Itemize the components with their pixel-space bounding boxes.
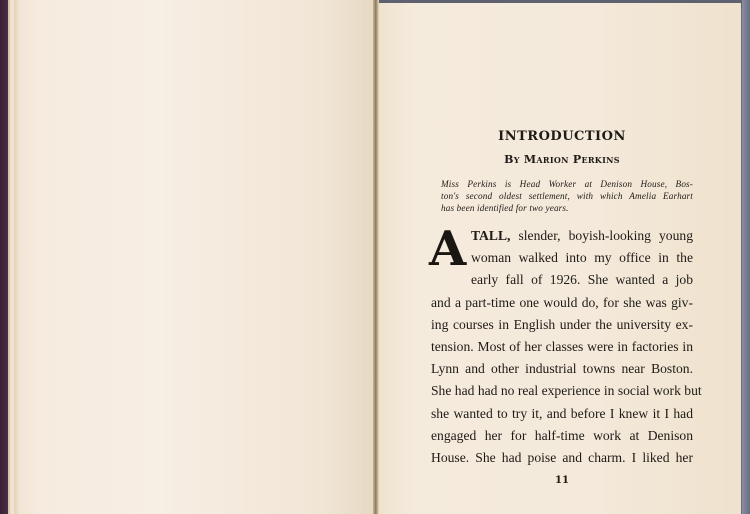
body-line: Lynn and other industrial towns near Bos… (431, 358, 693, 380)
author-byline: By Marion Perkins (431, 153, 693, 166)
lead-in: TALL, (471, 228, 510, 243)
body-line: and a part-time one would do, for she wa… (431, 292, 693, 314)
body-text: A TALL, slender, boyish-looking young wo… (431, 225, 693, 469)
note-line: Miss Perkins is Head Worker at Denison H… (431, 178, 693, 190)
editorial-note: Miss Perkins is Head Worker at Denison H… (431, 178, 693, 214)
background-surface-right (742, 0, 750, 514)
body-line: ing courses in English under the univers… (431, 314, 693, 336)
chapter-heading: INTRODUCTION (431, 129, 693, 144)
drop-cap: A (429, 225, 466, 273)
right-page: INTRODUCTION By Marion Perkins Miss Perk… (379, 3, 741, 514)
page-content: INTRODUCTION By Marion Perkins Miss Perk… (431, 123, 693, 486)
note-line: ton's second oldest settlement, with whi… (431, 190, 693, 202)
body-line: She had had no real experience in social… (431, 380, 693, 402)
page-number: 11 (431, 475, 693, 486)
body-line: engaged her for half-time work at Deniso… (431, 425, 693, 447)
open-book-scene: INTRODUCTION By Marion Perkins Miss Perk… (0, 0, 750, 514)
body-line: she wanted to try it, and before I knew … (431, 403, 693, 425)
body-line: woman walked into my office in the (431, 247, 693, 269)
body-line: early fall of 1926. She wanted a job (431, 269, 693, 291)
body-line: TALL, slender, boyish-looking young (431, 225, 693, 247)
note-line: has been identified for two years. (431, 202, 693, 214)
body-line: House. She had poise and charm. I liked … (431, 447, 693, 469)
body-line: tension. Most of her classes were in fac… (431, 336, 693, 358)
opening-paragraph: A TALL, slender, boyish-looking young wo… (431, 225, 693, 292)
left-page-blank (8, 0, 376, 514)
